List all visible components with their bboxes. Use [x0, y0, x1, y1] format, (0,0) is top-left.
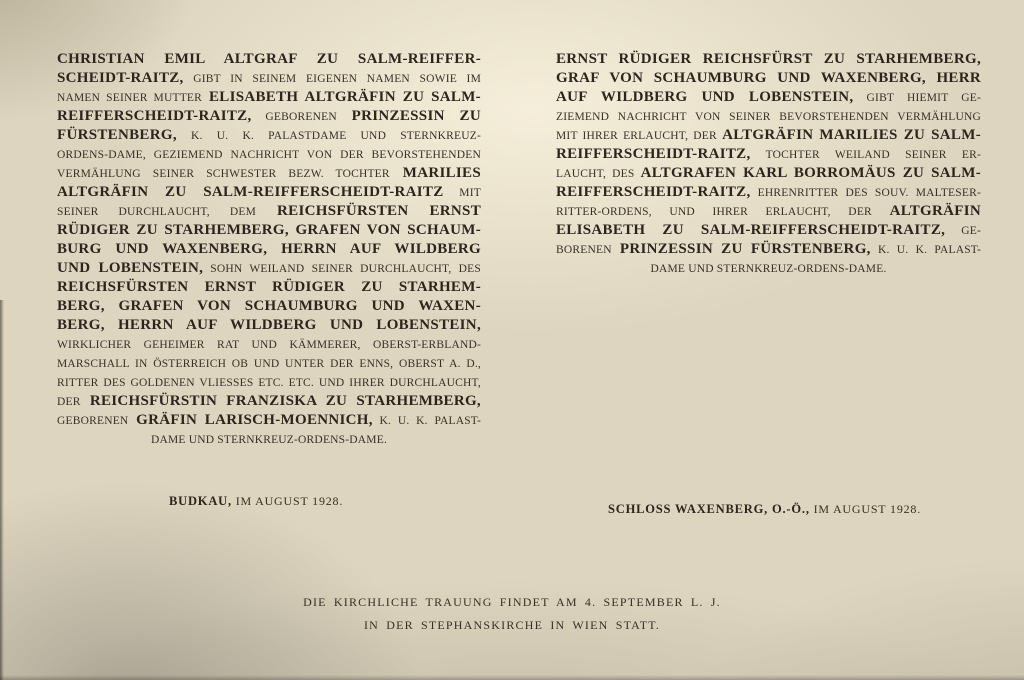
name-text-run: ALTGRÄFIN ZU SALM-REIFFERSCHEIDT-RAITZ [57, 184, 444, 200]
text-line: SEINER DURCHLAUCHT, DEM REICHSFÜRSTEN ER… [57, 201, 481, 220]
text-line: NAMEN SEINER MUTTER ELISABETH ALTGRÄFIN … [57, 87, 481, 106]
text-run: GIBT HIEMIT GE- [854, 92, 982, 104]
text-line: AUF WILDBERG UND LOBENSTEIN, GIBT HIEMIT… [556, 87, 981, 106]
text-line: BURG UND WAXENBERG, HERRN AUF WILDBERG [57, 239, 481, 258]
photo-paper-edge-shadow-left [0, 300, 4, 680]
text-line: WIRKLICHER GEHEIMER RAT UND KÄMMERER, OB… [57, 334, 481, 353]
text-line: REIFFERSCHEIDT-RAITZ, EHRENRITTER DES SO… [556, 182, 981, 201]
name-text-run: GRAF VON SCHAUMBURG UND WAXENBERG, HERR [556, 70, 981, 86]
text-line: MARSCHALL IN ÖSTERREICH OB UND UNTER DER… [57, 353, 481, 372]
text-line: MIT IHRER ERLAUCHT, DER ALTGRÄFIN MARILI… [556, 125, 981, 144]
text-line: DAME UND STERNKREUZ-ORDENS-DAME. [57, 429, 481, 448]
text-line: LAUCHT, DES ALTGRAFEN KARL BORROMÄUS ZU … [556, 163, 981, 182]
name-text-run: SCHEIDT-RAITZ, [57, 70, 184, 86]
text-run: MIT IHRER ERLAUCHT, DER [556, 130, 717, 142]
text-run: K. U. K. PALASTDAME UND STERNKREUZ- [177, 130, 481, 142]
ceremony-notice-line-2: IN DER STEPHANSKIRCHE IN WIEN STATT. [0, 614, 1024, 637]
text-run: K. U. K. PALAST- [871, 244, 981, 256]
text-line: ZIEMEND NACHRICHT VON SEINER BEVORSTEHEN… [556, 106, 981, 125]
text-run: EHRENRITTER DES SOUV. MALTESER- [751, 187, 981, 199]
text-run: NAMEN SEINER MUTTER [57, 92, 202, 104]
text-line: SCHEIDT-RAITZ, GIBT IN SEINEM EIGENEN NA… [57, 68, 481, 87]
dateline-budkau: BUDKAU, IM AUGUST 1928. [57, 491, 593, 510]
text-line: BERG, HERRN AUF WILDBERG UND LOBENSTEIN, [57, 315, 481, 334]
text-line: DER REICHSFÜRSTIN FRANZISKA ZU STARHEMBE… [57, 391, 481, 410]
ceremony-notice-line-1: DIE KIRCHLICHE TRAUUNG FINDET AM 4. SEPT… [0, 591, 1024, 614]
text-line: ALTGRÄFIN ZU SALM-REIFFERSCHEIDT-RAITZ M… [57, 182, 481, 201]
name-text-run: ERNST RÜDIGER REICHSFÜRST ZU STARHEMBERG… [556, 51, 981, 67]
text-run: MARSCHALL IN ÖSTERREICH OB UND UNTER DER… [57, 358, 481, 370]
text-run: DAME UND STERNKREUZ-ORDENS-DAME. [650, 263, 886, 275]
text-run: VERMÄHLUNG SEINER SCHWESTER BEZW. TOCHTE… [57, 168, 390, 180]
name-text-run: ELISABETH ALTGRÄFIN ZU SALM- [202, 89, 481, 105]
text-line: DAME UND STERNKREUZ-ORDENS-DAME. [556, 258, 981, 277]
text-run: ZIEMEND NACHRICHT VON SEINER BEVORSTEHEN… [556, 111, 981, 123]
text-line: GRAF VON SCHAUMBURG UND WAXENBERG, HERR [556, 68, 981, 87]
name-text-run: CHRISTIAN EMIL ALTGRAF ZU SALM-REIFFER- [57, 51, 481, 67]
text-line: REIFFERSCHEIDT-RAITZ, GEBORENEN PRINZESS… [57, 106, 481, 125]
text-line: REIFFERSCHEIDT-RAITZ, TOCHTER WEILAND SE… [556, 144, 981, 163]
text-run: GE- [945, 225, 981, 237]
text-run: K. U. K. PALAST- [373, 415, 481, 427]
name-text-run: AUF WILDBERG UND LOBENSTEIN, [556, 89, 854, 105]
name-text-run: RÜDIGER ZU STARHEMBERG, GRAFEN VON SCHAU… [57, 222, 481, 238]
name-text-run: BUDKAU, [169, 494, 232, 508]
text-run: TOCHTER WEILAND SEINER ER- [751, 149, 981, 161]
name-text-run: BURG UND WAXENBERG, HERRN AUF WILDBERG [57, 241, 481, 257]
name-text-run: ALTGRÄFIN [872, 203, 981, 219]
text-line: BERG, GRAFEN VON SCHAUMBURG UND WAXEN- [57, 296, 481, 315]
name-text-run: FÜRSTENBERG, [57, 127, 177, 143]
text-line: FÜRSTENBERG, K. U. K. PALASTDAME UND STE… [57, 125, 481, 144]
name-text-run: REICHSFÜRSTEN ERNST [256, 203, 481, 219]
text-run: DAME UND STERNKREUZ-ORDENS-DAME. [151, 434, 387, 446]
name-text-run: SCHLOSS WAXENBERG, O.-Ö., [608, 502, 810, 516]
text-run: SEINER DURCHLAUCHT, DEM [57, 206, 256, 218]
text-run: RITTER DES GOLDENEN VLIESSES ETC. ETC. U… [57, 377, 481, 389]
name-text-run: PRINZESSIN ZU FÜRSTENBERG, [612, 241, 871, 257]
text-line: RITTER-ORDENS, UND IHRER ERLAUCHT, DER A… [556, 201, 981, 220]
text-run: IM AUGUST 1928. [232, 494, 343, 508]
text-line: ELISABETH ZU SALM-REIFFERSCHEIDT-RAITZ, … [556, 220, 981, 239]
announcement-right-column: ERNST RÜDIGER REICHSFÜRST ZU STARHEMBERG… [556, 49, 981, 277]
text-run: DER [57, 396, 81, 408]
wedding-announcement-document: CHRISTIAN EMIL ALTGRAF ZU SALM-REIFFER-S… [0, 0, 1024, 680]
name-text-run: MARILIES [390, 165, 481, 181]
text-run: GEBORENEN [57, 415, 128, 427]
dateline-schloss-waxenberg: SCHLOSS WAXENBERG, O.-Ö., IM AUGUST 1928… [556, 499, 1024, 518]
text-run: IM AUGUST 1928. [810, 502, 921, 516]
text-run: LAUCHT, DES [556, 168, 634, 180]
wedding-ceremony-notice: DIE KIRCHLICHE TRAUUNG FINDET AM 4. SEPT… [0, 591, 1024, 636]
text-run: GEBORENEN [252, 111, 337, 123]
text-line: GEBORENEN GRÄFIN LARISCH-MOENNICH, K. U.… [57, 410, 481, 429]
name-text-run: BERG, HERRN AUF WILDBERG UND LOBENSTEIN, [57, 317, 481, 333]
name-text-run: BERG, GRAFEN VON SCHAUMBURG UND WAXEN- [57, 298, 481, 314]
text-line: RITTER DES GOLDENEN VLIESSES ETC. ETC. U… [57, 372, 481, 391]
name-text-run: REIFFERSCHEIDT-RAITZ, [556, 184, 751, 200]
text-line: REICHSFÜRSTEN ERNST RÜDIGER ZU STARHEM- [57, 277, 481, 296]
text-run: SOHN WEILAND SEINER DURCHLAUCHT, DES [203, 263, 481, 275]
photo-paper-edge-shadow-bottom [0, 675, 1024, 680]
name-text-run: UND LOBENSTEIN, [57, 260, 203, 276]
text-line: BORENEN PRINZESSIN ZU FÜRSTENBERG, K. U.… [556, 239, 981, 258]
text-run: ORDENS-DAME, GEZIEMEND NACHRICHT VON DER… [57, 149, 481, 161]
text-line: RÜDIGER ZU STARHEMBERG, GRAFEN VON SCHAU… [57, 220, 481, 239]
text-run: GIBT IN SEINEM EIGENEN NAMEN SOWIE IM [184, 73, 481, 85]
name-text-run: ALTGRAFEN KARL BORROMÄUS ZU SALM- [634, 165, 981, 181]
text-line: ORDENS-DAME, GEZIEMEND NACHRICHT VON DER… [57, 144, 481, 163]
name-text-run: ALTGRÄFIN MARILIES ZU SALM- [717, 127, 981, 143]
name-text-run: PRINZESSIN ZU [337, 108, 481, 124]
text-run: RITTER-ORDENS, UND IHRER ERLAUCHT, DER [556, 206, 872, 218]
name-text-run: GRÄFIN LARISCH-MOENNICH, [128, 412, 372, 428]
announcement-left-column: CHRISTIAN EMIL ALTGRAF ZU SALM-REIFFER-S… [57, 49, 481, 448]
name-text-run: REIFFERSCHEIDT-RAITZ, [556, 146, 751, 162]
name-text-run: REIFFERSCHEIDT-RAITZ, [57, 108, 252, 124]
text-line: UND LOBENSTEIN, SOHN WEILAND SEINER DURC… [57, 258, 481, 277]
text-run: MIT [444, 187, 481, 199]
name-text-run: ELISABETH ZU SALM-REIFFERSCHEIDT-RAITZ, [556, 222, 945, 238]
text-line: VERMÄHLUNG SEINER SCHWESTER BEZW. TOCHTE… [57, 163, 481, 182]
text-line: ERNST RÜDIGER REICHSFÜRST ZU STARHEMBERG… [556, 49, 981, 68]
name-text-run: REICHSFÜRSTEN ERNST RÜDIGER ZU STARHEM- [57, 279, 481, 295]
name-text-run: REICHSFÜRSTIN FRANZISKA ZU STARHEMBERG, [81, 393, 481, 409]
text-run: WIRKLICHER GEHEIMER RAT UND KÄMMERER, OB… [57, 339, 481, 351]
text-run: BORENEN [556, 244, 612, 256]
text-line: CHRISTIAN EMIL ALTGRAF ZU SALM-REIFFER- [57, 49, 481, 68]
